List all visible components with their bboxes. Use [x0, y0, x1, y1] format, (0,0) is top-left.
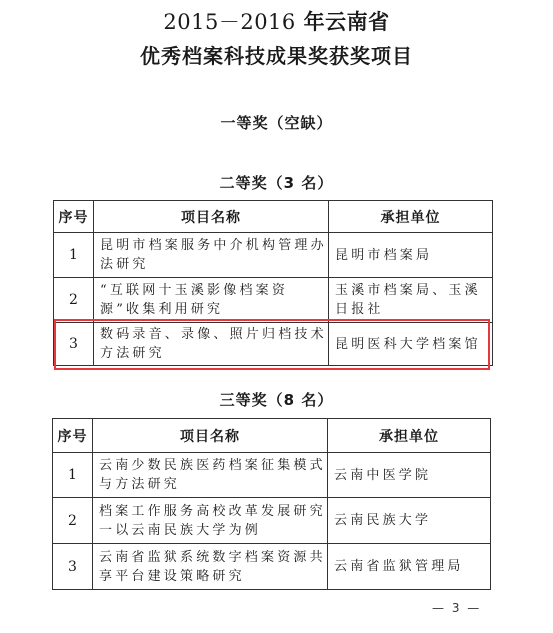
- first-prize-heading: 一等奖（空缺）: [0, 112, 553, 133]
- row-project-name: 档案工作服务高校改革发展研究一以云南民族大学为例: [93, 498, 328, 544]
- column-header-name: 项目名称: [94, 201, 329, 233]
- third-prize-table: 序号 项目名称 承担单位 1 云南少数民族医药档案征集模式与方法研究 云南中医学…: [52, 418, 491, 590]
- row-project-name: “互联网十玉溪影像档案资源”收集利用研究: [94, 278, 329, 323]
- row-unit: 云南省监狱管理局: [328, 544, 491, 590]
- row-unit: 昆明市档案局: [329, 233, 493, 278]
- document-title-line1: 2015－2016 年云南省: [0, 6, 553, 36]
- column-header-no: 序号: [53, 419, 93, 453]
- highlight-box: [54, 319, 490, 370]
- document-title-line2: 优秀档案科技成果奖获奖项目: [0, 40, 553, 69]
- row-no: 3: [53, 544, 93, 590]
- table-row: 3 云南省监狱系统数字档案资源共享平台建设策略研究 云南省监狱管理局: [53, 544, 491, 590]
- row-unit: 云南中医学院: [328, 453, 491, 498]
- row-no: 2: [54, 278, 94, 323]
- row-no: 1: [53, 453, 93, 498]
- table-header-row: 序号 项目名称 承担单位: [53, 419, 491, 453]
- column-header-unit: 承担单位: [328, 419, 491, 453]
- row-project-name: 云南少数民族医药档案征集模式与方法研究: [93, 453, 328, 498]
- row-unit: 云南民族大学: [328, 498, 491, 544]
- table-row: 2 “互联网十玉溪影像档案资源”收集利用研究 玉溪市档案局、玉溪日报社: [54, 278, 493, 323]
- row-project-name: 云南省监狱系统数字档案资源共享平台建设策略研究: [93, 544, 328, 590]
- column-header-unit: 承担单位: [329, 201, 493, 233]
- table-row: 1 云南少数民族医药档案征集模式与方法研究 云南中医学院: [53, 453, 491, 498]
- row-no: 1: [54, 233, 94, 278]
- title-years: 2015－2016: [163, 10, 295, 34]
- title-province: 年云南省: [296, 10, 390, 34]
- second-prize-heading: 二等奖（3 名）: [0, 172, 553, 193]
- row-unit: 玉溪市档案局、玉溪日报社: [329, 278, 493, 323]
- table-header-row: 序号 项目名称 承担单位: [54, 201, 493, 233]
- table-row: 1 昆明市档案服务中介机构管理办法研究 昆明市档案局: [54, 233, 493, 278]
- row-project-name: 昆明市档案服务中介机构管理办法研究: [94, 233, 329, 278]
- page-number: — 3 —: [432, 601, 481, 615]
- column-header-name: 项目名称: [93, 419, 328, 453]
- table-row: 2 档案工作服务高校改革发展研究一以云南民族大学为例 云南民族大学: [53, 498, 491, 544]
- row-no: 2: [53, 498, 93, 544]
- column-header-no: 序号: [54, 201, 94, 233]
- third-prize-heading: 三等奖（8 名）: [0, 389, 553, 410]
